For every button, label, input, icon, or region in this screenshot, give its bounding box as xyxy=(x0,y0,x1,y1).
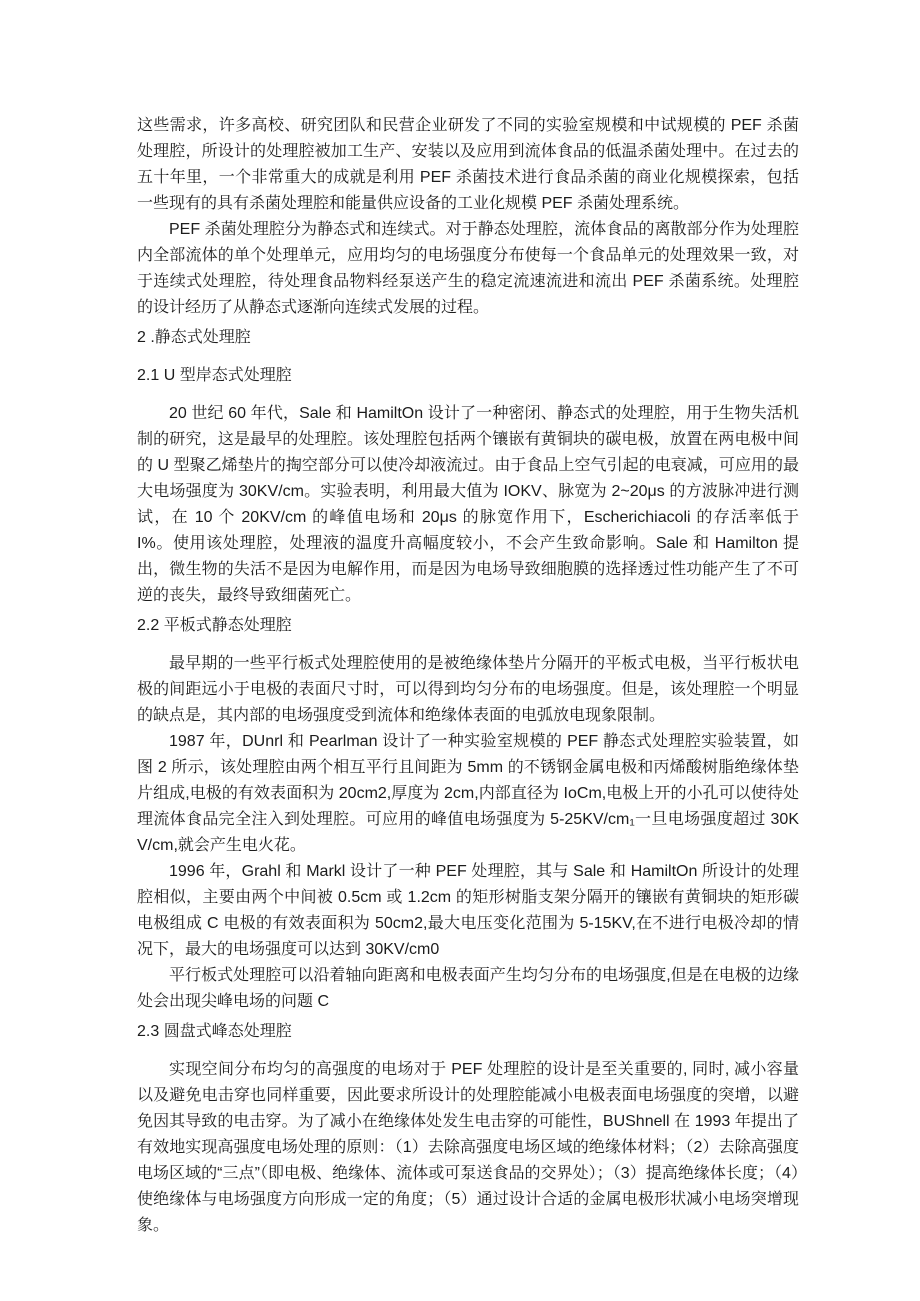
heading-section-2-1-u-type-chamber: 2.1 U 型岸态式处理腔 xyxy=(137,363,799,389)
heading-section-2-static-chamber: 2 .静态式处理腔 xyxy=(137,325,799,351)
paragraph-sale-hamilton-chamber: 20 世纪 60 年代，Sale 和 HamiltOn 设计了一种密闭、静态式的… xyxy=(137,401,799,609)
document-page: 这些需求，许多高校、研究团队和民营企业研发了不同的实验室规模和中试规模的 PEF… xyxy=(0,0,920,1301)
paragraph-bushnell-principles: 实现空间分布均匀的高强度的电场对于 PEF 处理腔的设计是至关重要的, 同时, … xyxy=(137,1057,799,1239)
paragraph-pef-demand-continuation: 这些需求，许多高校、研究团队和民营企业研发了不同的实验室规模和中试规模的 PEF… xyxy=(137,113,799,217)
heading-section-2-2-parallel-plate-chamber: 2.2 平板式静态处理腔 xyxy=(137,613,799,639)
paragraph-grahl-markl-1996: 1996 年，Grahl 和 Markl 设计了一种 PEF 处理腔，其与 Sa… xyxy=(137,859,799,963)
paragraph-parallel-plate-edge-field: 平行板式处理腔可以沿着轴向距离和电极表面产生均匀分布的电场强度,但是在电极的边缘… xyxy=(137,963,799,1015)
heading-section-2-3-disc-chamber: 2.3 圆盘式峰态处理腔 xyxy=(137,1019,799,1045)
paragraph-parallel-plate-early: 最早期的一些平行板式处理腔使用的是被绝缘体垫片分隔开的平板式电极，当平行板状电极… xyxy=(137,651,799,729)
paragraph-dunrl-pearlman-1987: 1987 年，DUnrl 和 Pearlman 设计了一种实验室规模的 PEF … xyxy=(137,729,799,859)
paragraph-static-vs-continuous: PEF 杀菌处理腔分为静态式和连续式。对于静态处理腔，流体食品的离散部分作为处理… xyxy=(137,217,799,321)
